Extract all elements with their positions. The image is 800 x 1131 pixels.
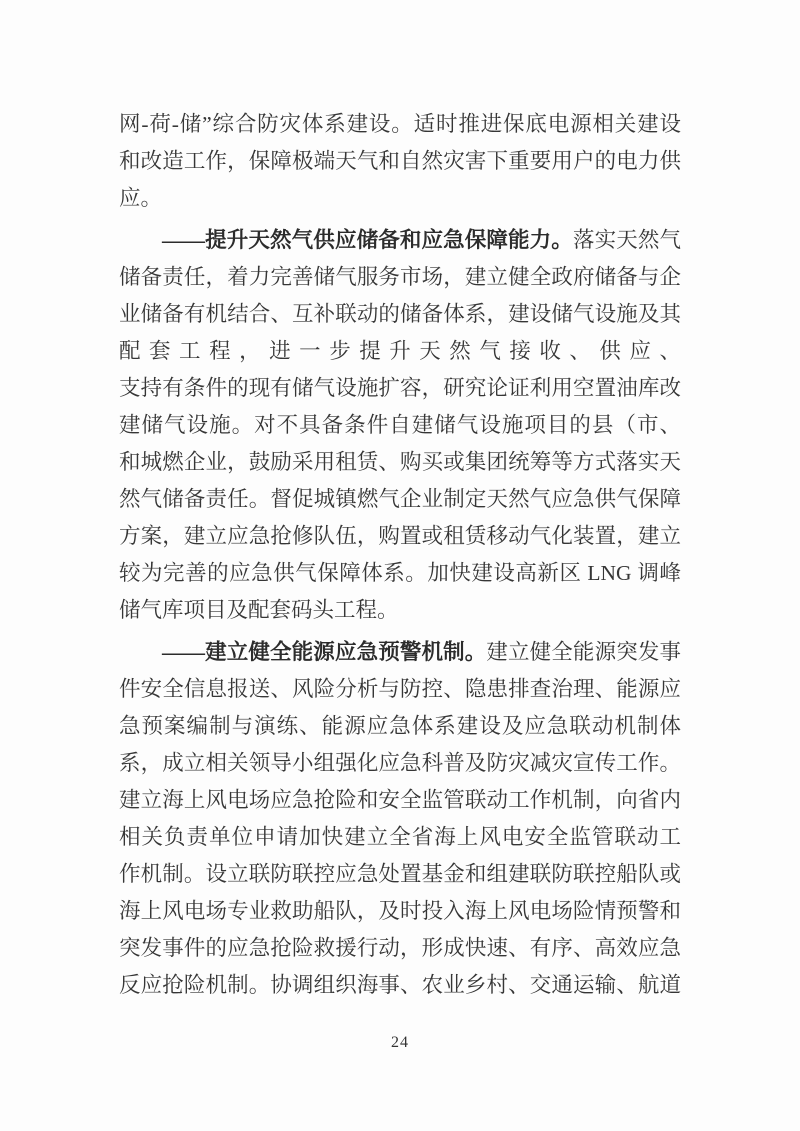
body-text: 和城燃企业，鼓励采用租赁、购买或集团统筹等方式落实天: [119, 450, 681, 474]
body-text: 和改造工作，保障极端天气和自然灾害下重要用户的电力供: [119, 149, 681, 173]
body-text: 储备责任，着力完善储气服务市场，建立健全政府储备与企: [119, 265, 681, 289]
body-text: 建立健全能源突发事: [486, 640, 681, 664]
body-text: 相关负责单位申请加快建立全省海上风电安全监管联动工: [119, 825, 681, 849]
text-line: 然气储备责任。督促城镇燃气企业制定天然气应急供气保障: [119, 481, 681, 518]
paragraph: 网-荷-储”综合防灾体系建设。适时推进保底电源相关建设和改造工作，保障极端天气和…: [119, 106, 681, 217]
text-line: ——建立健全能源应急预警机制。建立健全能源突发事: [119, 634, 681, 671]
page-number: 24: [0, 1034, 800, 1052]
text-line: 储备责任，着力完善储气服务市场，建立健全政府储备与企: [119, 259, 681, 296]
text-line: 系，成立相关领导小组强化应急科普及防灾减灾宣传工作。: [119, 745, 681, 782]
text-line: 急预案编制与演练、能源应急体系建设及应急联动机制体: [119, 708, 681, 745]
body-text: 业储备有机结合、互补联动的储备体系，建设储气设施及其: [119, 302, 681, 326]
body-text: 方案，建立应急抢修队伍，购置或租赁移动气化装置，建立: [119, 524, 681, 548]
text-line: 业储备有机结合、互补联动的储备体系，建设储气设施及其: [119, 296, 681, 333]
body-text: 储气库项目及配套码头工程。: [119, 598, 399, 622]
body-text: 系，成立相关领导小组强化应急科普及防灾减灾宣传工作。: [119, 751, 681, 775]
body-text: 配套工程，进一步提升天然气接收、供应、调峰及储备能力。: [119, 339, 681, 370]
text-line: 突发事件的应急抢险救援行动，形成快速、有序、高效应急: [119, 930, 681, 967]
body-text: 反应抢险机制。协调组织海事、农业乡村、交通运输、航道: [119, 973, 681, 997]
document-page: 网-荷-储”综合防灾体系建设。适时推进保底电源相关建设和改造工作，保障极端天气和…: [0, 0, 800, 1131]
text-line: 支持有条件的现有储气设施扩容，研究论证利用空置油库改: [119, 370, 681, 407]
text-line: 和城燃企业，鼓励采用租赁、购买或集团统筹等方式落实天: [119, 444, 681, 481]
text-line: 配套工程，进一步提升天然气接收、供应、调峰及储备能力。: [119, 333, 681, 370]
text-line: 和改造工作，保障极端天气和自然灾害下重要用户的电力供: [119, 143, 681, 180]
text-line: ——提升天然气供应储备和应急保障能力。落实天然气: [119, 222, 681, 259]
document-body: 网-荷-储”综合防灾体系建设。适时推进保底电源相关建设和改造工作，保障极端天气和…: [119, 106, 681, 1004]
text-line: 建储气设施。对不具备条件自建储气设施项目的县（市、区）: [119, 407, 681, 444]
bold-heading-text: ——提升天然气供应储备和应急保障能力。: [162, 228, 573, 252]
body-text: 落实天然气: [573, 228, 681, 252]
text-line: 相关负责单位申请加快建立全省海上风电安全监管联动工: [119, 819, 681, 856]
body-text: 作机制。设立联防联控应急处置基金和组建联防联控船队或: [119, 862, 681, 886]
text-line: 应。: [119, 180, 681, 217]
paragraph: ——提升天然气供应储备和应急保障能力。落实天然气储备责任，着力完善储气服务市场，…: [119, 222, 681, 629]
body-text: 件安全信息报送、风险分析与防控、隐患排查治理、能源应: [119, 677, 681, 701]
bold-heading-text: ——建立健全能源应急预警机制。: [162, 640, 486, 664]
body-text: 建立海上风电场应急抢险和安全监管联动工作机制，向省内: [119, 788, 681, 812]
body-text: 应。: [119, 186, 162, 210]
body-text: 支持有条件的现有储气设施扩容，研究论证利用空置油库改: [119, 376, 681, 400]
text-line: 较为完善的应急供气保障体系。加快建设高新区 LNG 调峰: [119, 555, 681, 592]
body-text: 急预案编制与演练、能源应急体系建设及应急联动机制体: [119, 714, 681, 738]
body-text: 建储气设施。对不具备条件自建储气设施项目的县（市、区）: [119, 413, 681, 444]
body-text: 海上风电场专业救助船队，及时投入海上风电场险情预警和: [119, 899, 681, 923]
text-line: 作机制。设立联防联控应急处置基金和组建联防联控船队或: [119, 856, 681, 893]
text-line: 方案，建立应急抢修队伍，购置或租赁移动气化装置，建立: [119, 518, 681, 555]
text-line: 海上风电场专业救助船队，及时投入海上风电场险情预警和: [119, 893, 681, 930]
text-line: 件安全信息报送、风险分析与防控、隐患排查治理、能源应: [119, 671, 681, 708]
text-line: 储气库项目及配套码头工程。: [119, 592, 681, 629]
body-text: 较为完善的应急供气保障体系。加快建设高新区 LNG 调峰: [119, 561, 681, 585]
text-line: 反应抢险机制。协调组织海事、农业乡村、交通运输、航道: [119, 967, 681, 1004]
body-text: 突发事件的应急抢险救援行动，形成快速、有序、高效应急: [119, 936, 681, 960]
text-line: 建立海上风电场应急抢险和安全监管联动工作机制，向省内: [119, 782, 681, 819]
paragraph: ——建立健全能源应急预警机制。建立健全能源突发事件安全信息报送、风险分析与防控、…: [119, 634, 681, 1004]
text-line: 网-荷-储”综合防灾体系建设。适时推进保底电源相关建设: [119, 106, 681, 143]
body-text: 然气储备责任。督促城镇燃气企业制定天然气应急供气保障: [119, 487, 681, 511]
body-text: 网-荷-储”综合防灾体系建设。适时推进保底电源相关建设: [119, 112, 681, 136]
